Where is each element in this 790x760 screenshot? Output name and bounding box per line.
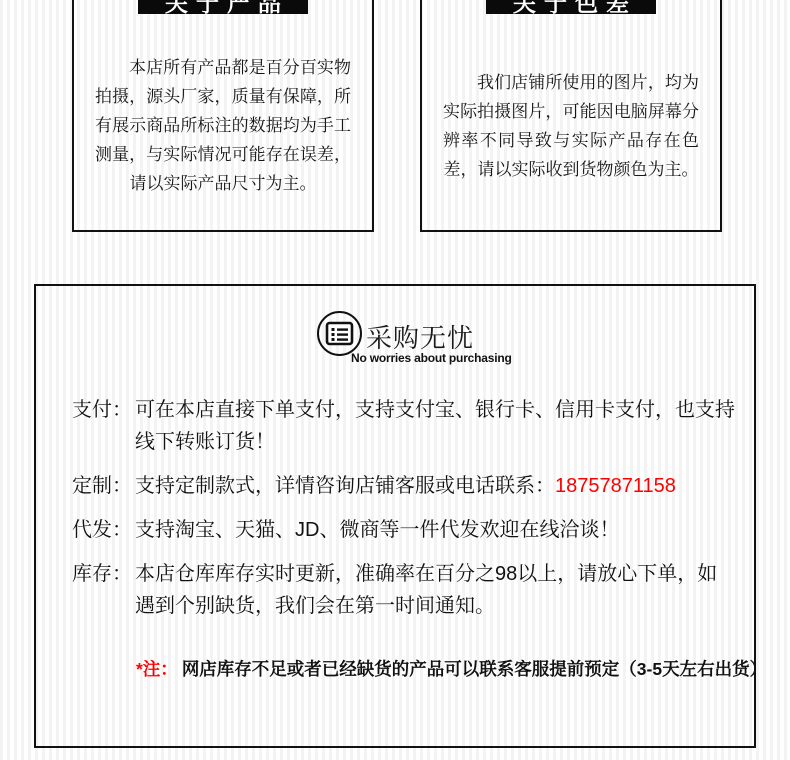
purchase-title-wrap: 采购无忧 No worries about purchasing	[366, 318, 474, 355]
preorder-note-label: *注：	[136, 659, 178, 679]
purchase-title: 采购无忧	[366, 323, 474, 353]
about-color-box: 关于色差 我们店铺所使用的图片，均为实际拍摄图片，可能因电脑屏幕分辨率不同导致与…	[420, 0, 722, 232]
about-product-box: 关于产品 本店所有产品都是百分百实物拍摄，源头厂家，质量有保障，所有展示商品所标…	[72, 0, 374, 232]
inventory-label: 库存：	[72, 558, 132, 590]
about-product-header-tab: 关于产品	[138, 0, 308, 14]
phone-number: 18757871158	[555, 475, 676, 497]
payment-text: 可在本店直接下单支付，支持支付宝、银行卡、信用卡支付，也支持线下转账订货！	[135, 399, 735, 453]
about-color-text: 我们店铺所使用的图片，均为实际拍摄图片，可能因电脑屏幕分辨率不同导致与实际产品存…	[443, 68, 699, 184]
payment-label: 支付：	[72, 394, 132, 426]
inventory-item: 库存：本店仓库库存实时更新，准确率在百分之98以上，请放心下单，如遇到个别缺货，…	[72, 558, 736, 622]
payment-item: 支付：可在本店直接下单支付，支持支付宝、银行卡、信用卡支付，也支持线下转账订货！	[72, 394, 736, 458]
dropship-text: 支持淘宝、天猫、JD、微商等一件代发欢迎在线洽谈！	[135, 519, 619, 541]
dropship-item: 代发：支持淘宝、天猫、JD、微商等一件代发欢迎在线洽谈！	[72, 514, 736, 546]
customization-label: 定制：	[72, 470, 132, 502]
about-color-header-tab: 关于色差	[486, 0, 656, 14]
about-color-header-label: 关于色差	[486, 0, 656, 14]
preorder-note-text: 网店库存不足或者已经缺货的产品可以联系客服提前预定（3-5天左右出货）	[182, 659, 767, 679]
dropship-label: 代发：	[72, 514, 132, 546]
customization-item: 定制：支持定制款式，详情咨询店铺客服或电话联系：18757871158	[72, 470, 736, 502]
about-product-text: 本店所有产品都是百分百实物拍摄，源头厂家，质量有保障，所有展示商品所标注的数据均…	[95, 53, 351, 198]
preorder-note: *注：网店库存不足或者已经缺货的产品可以联系客服提前预定（3-5天左右出货）	[136, 656, 738, 681]
customization-text: 支持定制款式，详情咨询店铺客服或电话联系：	[135, 475, 555, 497]
purchase-items: 支付：可在本店直接下单支付，支持支付宝、银行卡、信用卡支付，也支持线下转账订货！…	[36, 394, 754, 622]
purchase-subtitle: No worries about purchasing	[351, 351, 512, 365]
product-detail-section: 关于产品 本店所有产品都是百分百实物拍摄，源头厂家，质量有保障，所有展示商品所标…	[0, 0, 790, 760]
about-product-header-label: 关于产品	[138, 0, 308, 14]
purchase-assurance-box: 采购无忧 No worries about purchasing 支付：可在本店…	[34, 284, 756, 748]
inventory-text: 本店仓库库存实时更新，准确率在百分之98以上，请放心下单，如遇到个别缺货，我们会…	[135, 563, 717, 617]
purchase-title-row: 采购无忧 No worries about purchasing	[36, 312, 754, 360]
